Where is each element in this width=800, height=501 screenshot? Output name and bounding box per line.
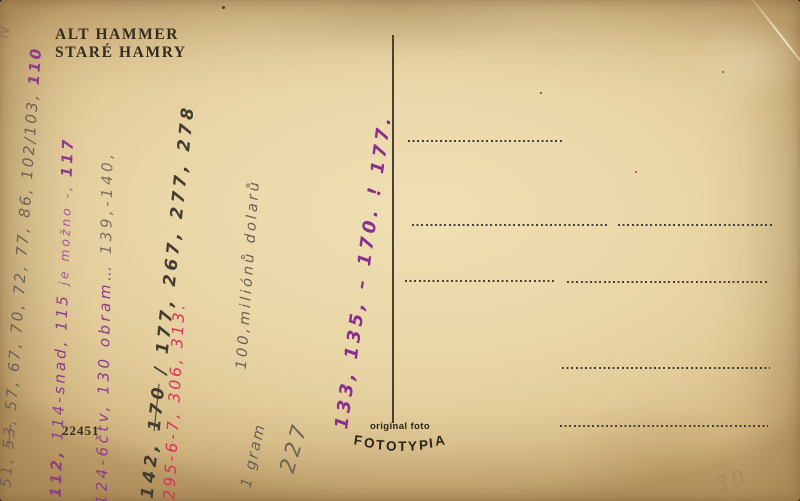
text-segment: 1 gram (237, 421, 269, 489)
caption-line-german: ALT HAMMER (55, 26, 187, 44)
address-line (408, 140, 562, 142)
paper-speck (540, 92, 542, 94)
handwritten-pencil-number-list: 51, 53, 57, 67, 70, 72, 77, 86, 102/103,… (0, 46, 44, 488)
text-segment: 110 (25, 46, 46, 86)
imprint-title: FOTOTYPIA (346, 433, 454, 448)
handwritten-purple-number-list-2: 124-6čtv, 130 obram… 139,-140, (95, 150, 116, 501)
text-segment: 100,miliónů dolarů (234, 179, 263, 370)
faint-corner-pencil-mark: N (0, 24, 13, 40)
handwritten-purple-number-list-3: 133, 135, – 170. ! 177. (333, 113, 395, 431)
address-line (618, 224, 772, 226)
handwritten-hundred-million-note: 100,miliónů dolarů (235, 179, 263, 370)
paper-speck (635, 171, 637, 173)
printer-imprint: original foto FOTOTYPIA (346, 421, 454, 448)
faint-pencil-scribble: 30 (713, 466, 751, 496)
handwritten-purple-number-list-1: 112, 114-snad, 115 je možno -, 117 (49, 137, 77, 498)
paper-speck (222, 6, 225, 9)
address-line (567, 281, 767, 283)
text-segment: 117 (58, 136, 77, 177)
address-line (405, 280, 557, 282)
address-line (562, 367, 770, 369)
text-segment: 227 (275, 419, 312, 476)
handwritten-one-gram-note: 1 gram (239, 422, 268, 490)
center-divider-line (392, 35, 394, 423)
text-segment: 124-6čtv, 130 obram… (93, 254, 115, 501)
text-segment: 112, (47, 440, 67, 498)
handwritten-227-note: 227 (277, 420, 312, 476)
address-line (412, 224, 609, 226)
text-segment: 51, (0, 448, 17, 488)
paper-speck (722, 71, 724, 73)
text-segment: 139,-140, (97, 150, 117, 254)
paper-crease (746, 0, 800, 86)
caption-line-czech: STARÉ HAMRY (55, 44, 187, 62)
publisher-caption: ALT HAMMER STARÉ HAMRY (55, 26, 187, 62)
text-segment: , 57, 67, 70, 72, 77, 86, 102/103, (1, 84, 43, 425)
text-segment: je možno -, (57, 177, 75, 286)
postcard-back: ALT HAMMER STARÉ HAMRY 22451 original fo… (0, 0, 800, 501)
text-segment: 114-snad, 115 (49, 285, 72, 441)
text-segment: 133, 135, – 170. ! 177. (331, 112, 396, 430)
address-line (560, 425, 768, 427)
imprint-subtitle: original foto (346, 421, 454, 432)
text-segment-struck: 53 (0, 424, 19, 449)
